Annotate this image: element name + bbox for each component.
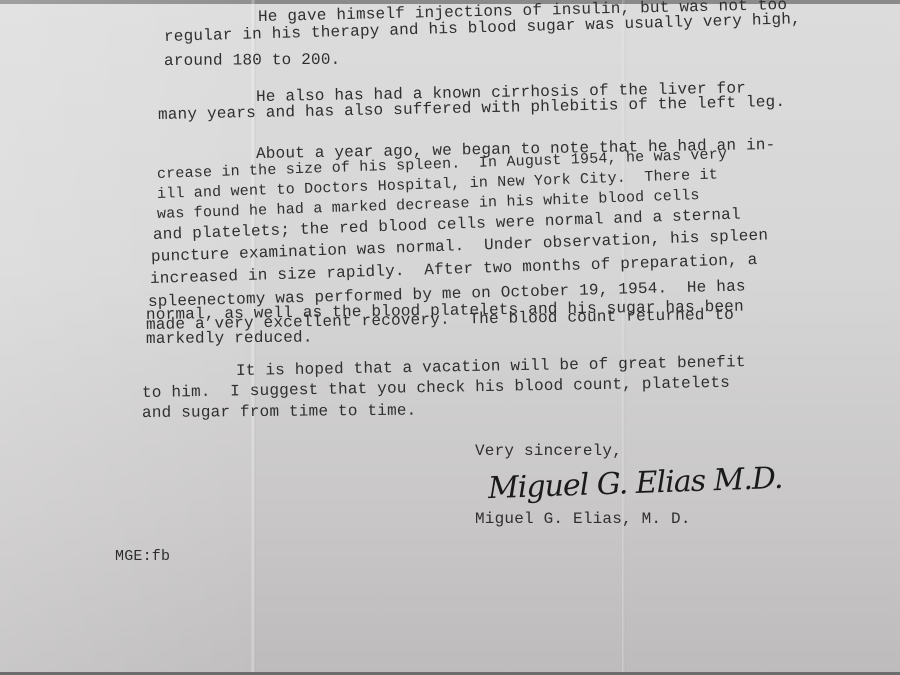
closing: Very sincerely,: [475, 442, 622, 460]
paragraph-4-line-3: and sugar from time to time.: [142, 402, 417, 422]
reference-initials: MGE:fb: [115, 548, 170, 565]
paragraph-1-line-3: around 180 to 200.: [164, 51, 341, 70]
paragraph-3-line-11: markedly reduced.: [146, 329, 313, 348]
typed-name: Miguel G. Elias, M. D.: [475, 510, 691, 528]
handwritten-signature: Miguel G. Elias M.D.: [487, 461, 782, 506]
